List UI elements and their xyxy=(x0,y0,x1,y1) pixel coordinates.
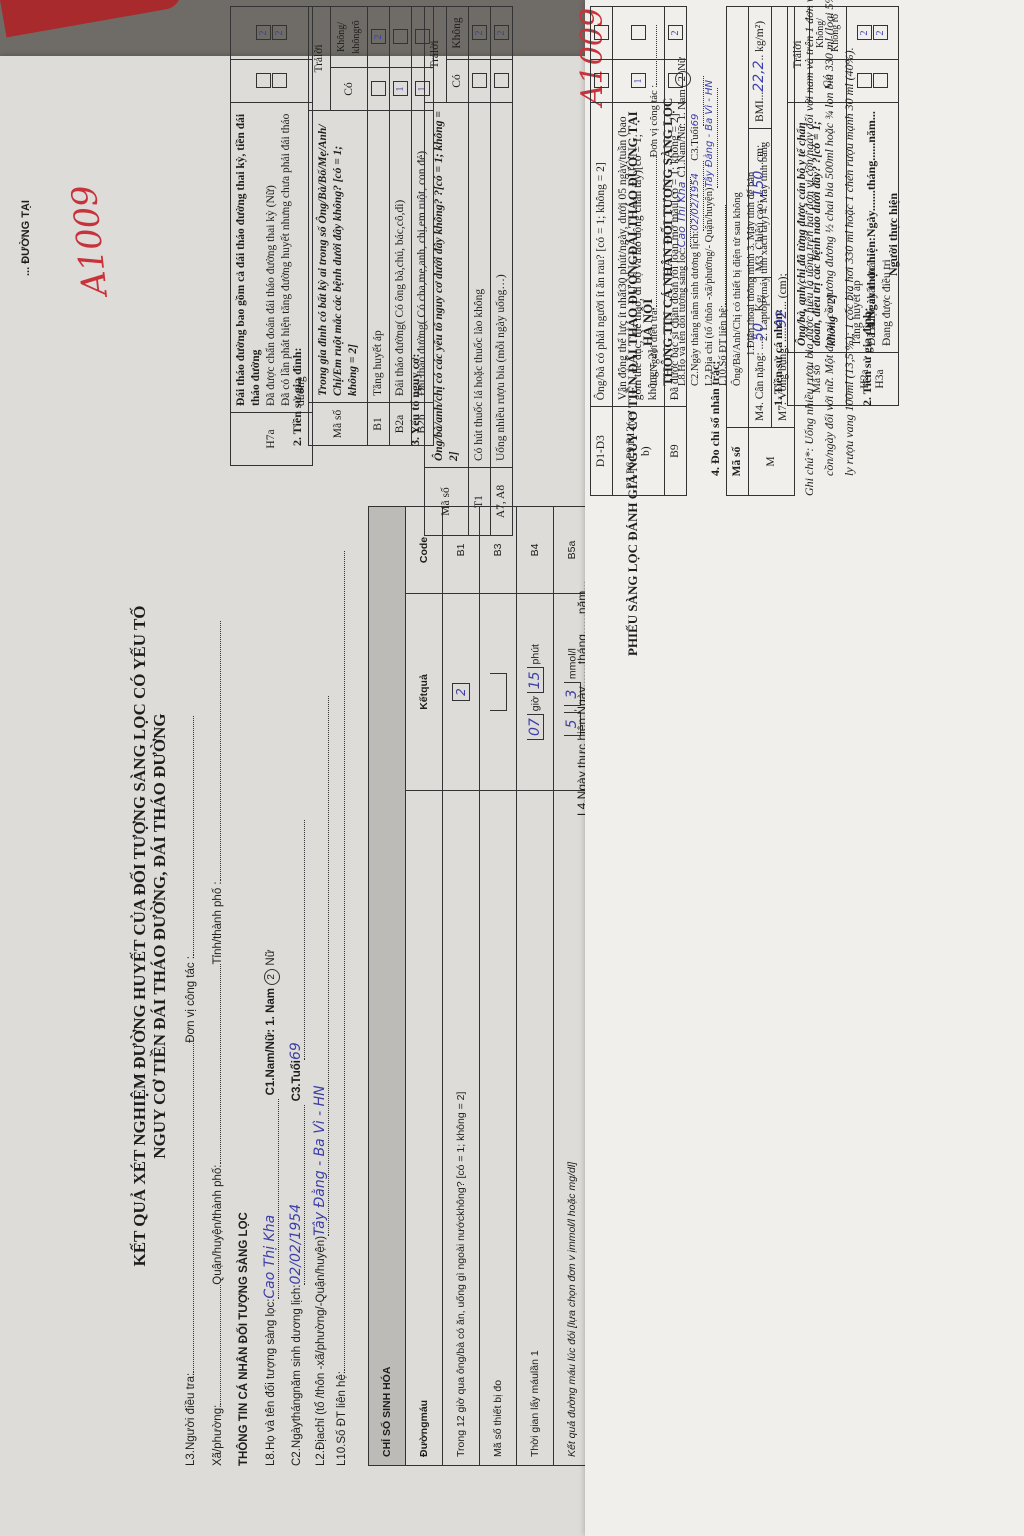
section4-title: 4. Đo chỉ số nhân trắc: xyxy=(708,361,723,476)
corner-text: ... ĐƯỜNG TẠI xyxy=(20,200,32,276)
screening-form-bottom: D1-D3Ông/bà có phải người ít ăn rau? [có… xyxy=(590,0,1010,1536)
screening-form-lower: H7a Đái tháo đường bao gồm cả đái tháo đ… xyxy=(130,0,570,1536)
risk-factor-table-cont: D1-D3Ông/bà có phải người ít ăn rau? [có… xyxy=(590,6,687,496)
anthropometry-table: Mã số M M4. Cân nặng: ...50... Kg; M3. C… xyxy=(726,6,795,496)
sample-code: A1009 xyxy=(64,183,115,298)
table-row: P3,P6,P9,P12(a-b)Vận động thể lực ít nhấ… xyxy=(613,7,665,496)
risk-factor-table: Mã số Ông/bà/anh/chị có các yếu tố nguy … xyxy=(424,6,513,536)
table-row: M7. Vòng bụng: .....92... (cm); xyxy=(772,7,795,496)
note-1: Ghi chú*: Uống nhiều rượu bia được hiểu … xyxy=(802,0,817,496)
table-row: B9Đã được bác sĩ chẩn đoán rối loạn mỡ m… xyxy=(665,7,687,496)
table-row: A7, A8Uống nhiều rượu bia (mỗi ngày uống… xyxy=(491,7,513,536)
note-3: ly rượu vang 100ml (13,5 %); 1 cốc bia h… xyxy=(842,47,857,476)
table-row: T1Có hút thuốc lá hoặc thuốc lào không 2 xyxy=(469,7,491,536)
table-row: D1-D3Ông/bà có phải người ít ăn rau? [có… xyxy=(591,7,613,496)
performed-date: L4.Ngày thực hiện:Ngày.......tháng......… xyxy=(864,111,879,336)
note-2: cồn/ngày đối với nữ. Một đơn vị cồn tươn… xyxy=(822,0,837,476)
table-row: B1Tăng huyết áp 2 xyxy=(368,7,390,446)
table-row: M M4. Cân nặng: ...50... Kg; M3. Chiều c… xyxy=(749,7,772,496)
performer: Người thực hiện xyxy=(886,193,901,276)
